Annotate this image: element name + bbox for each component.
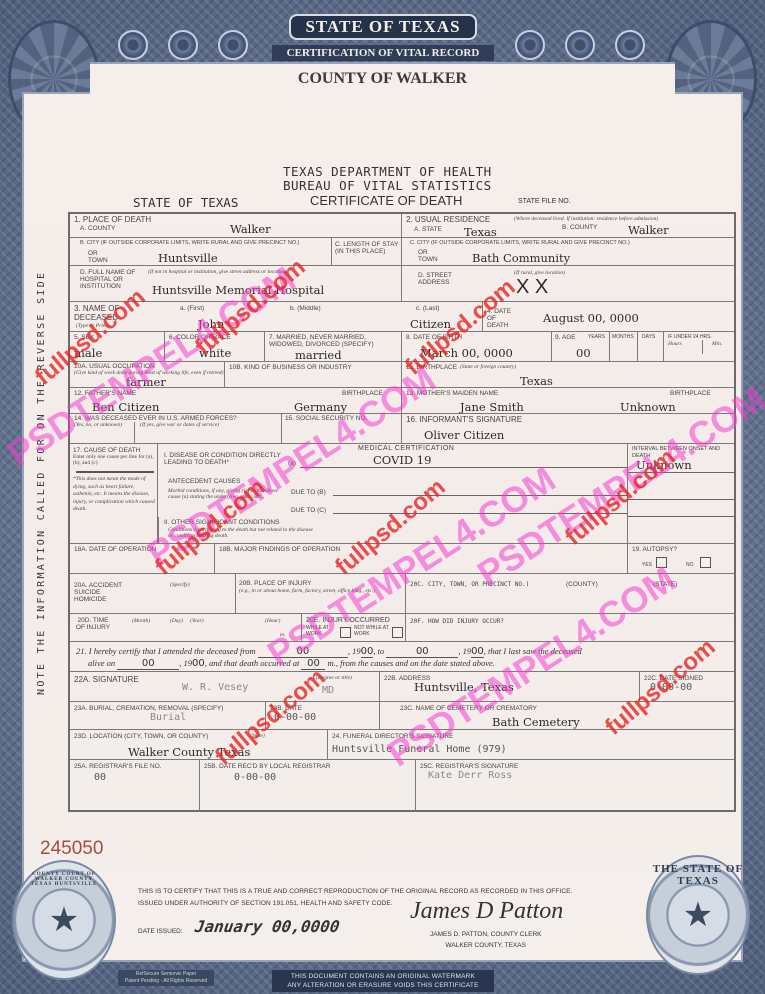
hospital-label: d. FULL NAME OF HOSPITAL OR INSTITUTION bbox=[80, 269, 142, 290]
father-name-label: 12. FATHER'S NAME bbox=[74, 390, 136, 397]
registrar-file-label: 25a. REGISTRAR'S FILE NO. bbox=[74, 763, 162, 770]
occupation-label: 10a. USUAL OCCUPATION bbox=[74, 363, 155, 370]
attestation-text-1: 21. I hereby certify that I attended the… bbox=[76, 646, 256, 656]
cause-divider bbox=[76, 471, 154, 473]
state-of-texas-seal-icon: THE STATE OF TEXAS ★ bbox=[646, 855, 750, 975]
cemetery-label: 23c. NAME OF CEMETERY OR CREMATORY bbox=[400, 705, 537, 712]
cause-instructions-cell: 17. CAUSE OF DEATH Enter only one cause … bbox=[70, 444, 158, 543]
industry-cell: 10b. KIND OF BUSINESS OR INDUSTRY bbox=[225, 362, 402, 387]
funeral-director-cell: 24. FUNERAL DIRECTOR'S SIGNATURE Huntsvi… bbox=[328, 730, 734, 759]
residence-city-cell: c. CITY (If outside corporate limits, wr… bbox=[402, 238, 734, 265]
star-icon: ★ bbox=[14, 900, 114, 940]
injury-county-label: (COUNTY) bbox=[566, 581, 598, 588]
injury-place-label: 20b. PLACE OF INJURY bbox=[239, 580, 312, 587]
part2-label: II. OTHER SIGNIFICANT CONDITIONS bbox=[164, 519, 279, 526]
burial-cell: 23a. BURIAL, CREMATION, REMOVAL (Specify… bbox=[70, 702, 266, 729]
interval-line-a bbox=[628, 472, 734, 473]
injury-place-cell: 20b. PLACE OF INJURY (e.g., in or about … bbox=[236, 574, 406, 613]
operation-findings-label: 18b. MAJOR FINDINGS OF OPERATION bbox=[219, 546, 340, 553]
part2-divider bbox=[158, 517, 159, 543]
attended-from-value[interactable]: 00 bbox=[258, 646, 348, 658]
residence-county-value[interactable]: Walker bbox=[628, 223, 669, 237]
injury-year-label: (Year) bbox=[190, 618, 204, 624]
injury-city-cell: 20c. CITY, TOWN, OR PRECINCT NO.) (COUNT… bbox=[406, 574, 734, 613]
department-name: TEXAS DEPARTMENT OF HEALTH bbox=[283, 165, 492, 179]
last-name-label: c. (Last) bbox=[416, 305, 439, 312]
clerk-name: JAMES D. PATTON, COUNTY CLERK bbox=[430, 929, 541, 940]
cause-of-death-label: 17. CAUSE OF DEATH bbox=[73, 447, 140, 454]
mother-cell: 13. MOTHER'S MAIDEN NAME Jane Smith BIRT… bbox=[402, 388, 734, 413]
father-cell: 12. FATHER'S NAME Ben Citizen BIRTHPLACE… bbox=[70, 388, 402, 413]
location-state-label: (State) bbox=[250, 733, 265, 739]
residence-state-value[interactable]: Texas bbox=[464, 225, 497, 239]
attended-from-year[interactable]: 00 bbox=[361, 646, 374, 658]
location-cell: 23d. LOCATION (City, town, or county) (S… bbox=[70, 730, 328, 759]
row-operation: 18a. DATE OF OPERATION 18b. MAJOR FINDIN… bbox=[70, 544, 734, 574]
county-label: a. COUNTY bbox=[80, 225, 115, 232]
medallion-ornament-icon bbox=[615, 30, 645, 60]
burial-value[interactable]: Burial bbox=[150, 712, 186, 723]
age-label: 9. AGE bbox=[555, 334, 576, 341]
attended-to-value[interactable]: 00 bbox=[386, 646, 458, 658]
row-informant: 14. WAS DECEASED EVER IN U.S. ARMED FORC… bbox=[70, 414, 734, 444]
mother-birthplace-label: BIRTHPLACE bbox=[670, 390, 711, 397]
alive-on-label: alive on bbox=[88, 658, 115, 668]
due-to-c-label: DUE TO (c) bbox=[291, 507, 326, 514]
medallion-ornament-icon bbox=[515, 30, 545, 60]
medallion-ornament-icon bbox=[565, 30, 595, 60]
year-prefix: , 19 bbox=[458, 646, 471, 656]
informant-label: 16. INFORMANT'S SIGNATURE bbox=[406, 415, 522, 424]
street-cell: d. STREET ADDRESS (If rural, give locati… bbox=[402, 266, 734, 301]
birthplace-value[interactable]: Texas bbox=[520, 374, 553, 388]
star-icon: ★ bbox=[648, 895, 748, 935]
date-issued-label: DATE ISSUED: bbox=[138, 928, 183, 935]
degree-value[interactable]: MD bbox=[322, 685, 334, 696]
attestation-line-2: alive on 00, 1900, and that death occurr… bbox=[88, 658, 495, 670]
location-value[interactable]: Walker County Texas bbox=[128, 745, 250, 759]
cause-a-marker: (a) bbox=[288, 460, 296, 467]
hospital-cell: d. FULL NAME OF HOSPITAL OR INSTITUTION … bbox=[70, 266, 402, 301]
signature-cell: 22a. SIGNATURE W. R. Vesey (Degree or ti… bbox=[70, 672, 380, 701]
injury-hour-suffix: m. bbox=[280, 632, 285, 638]
armed-forces-cell: 14. WAS DECEASED EVER IN U.S. ARMED FORC… bbox=[70, 414, 282, 443]
father-birthplace-value[interactable]: Germany bbox=[294, 400, 347, 414]
injury-type-cell: 20a. ACCIDENT SUICIDE HOMICIDE (Specify) bbox=[70, 574, 236, 613]
autopsy-no-checkbox[interactable] bbox=[700, 557, 711, 568]
industry-label: 10b. KIND OF BUSINESS OR INDUSTRY bbox=[229, 364, 352, 371]
row-hospital: d. FULL NAME OF HOSPITAL OR INSTITUTION … bbox=[70, 266, 734, 302]
interval-value[interactable]: Unknown bbox=[636, 458, 692, 472]
row-occupation: 10a. USUAL OCCUPATION (Give kind of work… bbox=[70, 362, 734, 388]
injury-occurred-label: 20e. INJURY OCCURRED bbox=[306, 617, 390, 624]
marital-status-label: 7. MARRIED, NEVER MARRIED, WIDOWED, DIVO… bbox=[269, 334, 399, 348]
clerk-block: JAMES D. PATTON, COUNTY CLERK WALKER COU… bbox=[430, 929, 541, 951]
length-of-stay-label: c. LENGTH OF STAY (in this place) bbox=[335, 241, 401, 255]
paper-brand-line-2: Patent Pending - All Rights Reserved bbox=[118, 978, 214, 985]
death-county-value[interactable]: Walker bbox=[230, 222, 271, 236]
date-of-death-cell: 4. DATE OF DEATH August 00, 0000 bbox=[482, 302, 734, 331]
armed-forces-note-b: (If yes, give war or dates of service) bbox=[140, 422, 219, 428]
watermark-notice-band: THIS DOCUMENT CONTAINS AN ORIGINAL WATER… bbox=[272, 970, 494, 992]
operation-date-cell: 18a. DATE OF OPERATION bbox=[70, 544, 215, 573]
address-cell: 22b. ADDRESS Huntsville, Texas bbox=[380, 672, 640, 701]
injury-month-label: (Month) bbox=[132, 618, 150, 624]
injury-state-label: (STATE) bbox=[653, 581, 677, 588]
left-seal-text: COUNTY COURT OF WALKER COUNTY TEXAS HUNT… bbox=[14, 872, 114, 887]
death-city-cell: b. CITY (If outside corporate limits, wr… bbox=[70, 238, 332, 265]
date-issued-value: January 00,0000 bbox=[194, 917, 341, 936]
mother-birthplace-value[interactable]: Unknown bbox=[620, 400, 676, 414]
row-parents: 12. FATHER'S NAME Ben Citizen BIRTHPLACE… bbox=[70, 388, 734, 414]
deceased-name-label: 3. NAME OF DECEASED bbox=[74, 304, 134, 322]
injury-time-label: 20d. TIME OF INJURY bbox=[74, 617, 112, 631]
place-of-death-county-cell: 1. PLACE OF DEATH a. COUNTY Walker bbox=[70, 214, 402, 237]
cause-a-value[interactable]: COVID 19 bbox=[373, 453, 431, 467]
residence-city-label: c. CITY (If outside corporate limits, wr… bbox=[410, 240, 630, 246]
clerk-county: WALKER COUNTY, TEXAS bbox=[430, 940, 541, 951]
cemetery-cell: 23c. NAME OF CEMETERY OR CREMATORY Bath … bbox=[380, 702, 734, 729]
cause-c-line[interactable] bbox=[333, 513, 628, 514]
right-seal-text: THE STATE OF TEXAS bbox=[648, 863, 748, 887]
death-time-value[interactable]: 00 bbox=[301, 658, 325, 670]
alive-on-year[interactable]: 00 bbox=[192, 658, 205, 669]
date-of-birth-label: 8. DATE OF BIRTH bbox=[406, 334, 462, 341]
hospital-note: (If not in hospital or institution, give… bbox=[148, 269, 287, 275]
date-of-birth-cell: 8. DATE OF BIRTH March 00, 0000 bbox=[402, 332, 552, 361]
reverse-side-note: NOTE THE INFORMATION CALLED FOR ON THE R… bbox=[36, 271, 47, 695]
banner-subtitle: CERTIFICATION OF VITAL RECORD bbox=[272, 45, 494, 61]
registrar-file-value[interactable]: 00 bbox=[94, 772, 106, 783]
date-signed-value[interactable]: 0-00-00 bbox=[650, 682, 692, 693]
antecedent-label: ANTECEDENT CAUSES bbox=[168, 478, 240, 485]
serial-number: 245050 bbox=[40, 838, 103, 860]
last-name-cell: c. (Last) Citizen bbox=[402, 302, 482, 331]
sex-label: 5. SEX bbox=[74, 334, 94, 341]
interval-line-c bbox=[628, 516, 734, 517]
medical-certification-label: MEDICAL CERTIFICATION bbox=[358, 445, 454, 452]
armed-forces-divider bbox=[134, 422, 135, 443]
county-court-seal-icon: COUNTY COURT OF WALKER COUNTY TEXAS HUNT… bbox=[12, 860, 116, 980]
row-city: b. CITY (If outside corporate limits, wr… bbox=[70, 238, 734, 266]
cause-footnote: *This does not mean the mode of dying, s… bbox=[73, 476, 155, 514]
registrar-file-cell: 25a. REGISTRAR'S FILE NO. 00 bbox=[70, 760, 200, 812]
birthplace-cell: 11. BIRTHPLACE (State or foreign country… bbox=[402, 362, 734, 387]
attestation-line-1: 21. I hereby certify that I attended the… bbox=[76, 646, 582, 658]
injury-occurred-cell: 20e. INJURY OCCURRED WHILE AT WORK NOT W… bbox=[302, 614, 406, 641]
antecedent-note: Morbid conditions, if any, giving rise t… bbox=[168, 488, 288, 500]
street-label: d. STREET ADDRESS bbox=[418, 272, 458, 286]
cemetery-value[interactable]: Bath Cemetery bbox=[492, 715, 580, 729]
registrar-date-cell: 25b. DATE REC'D BY LOCAL REGISTRAR 0-00-… bbox=[200, 760, 416, 812]
injury-time-cell: 20d. TIME OF INJURY (Month) (Day) (Year)… bbox=[70, 614, 302, 641]
medallion-ornament-icon bbox=[218, 30, 248, 60]
length-of-stay-cell: c. LENGTH OF STAY (in this place) bbox=[332, 238, 402, 265]
registrar-date-label: 25b. DATE REC'D BY LOCAL REGISTRAR bbox=[204, 763, 330, 770]
not-while-at-work-checkbox[interactable] bbox=[392, 627, 403, 638]
attestation-text-4: m., from the causes and on the date stat… bbox=[328, 658, 495, 668]
birthplace-label: 11. BIRTHPLACE bbox=[406, 364, 457, 371]
age-min-label: Min. bbox=[712, 341, 722, 347]
bureau-name: BUREAU OF VITAL STATISTICS bbox=[283, 179, 492, 193]
injury-specify-note: (Specify) bbox=[170, 582, 190, 588]
age-days-label: DAYS bbox=[642, 334, 655, 341]
mother-name-label: 13. MOTHER'S MAIDEN NAME bbox=[406, 390, 498, 397]
date-signed-label: 22c. DATE SIGNED bbox=[644, 675, 703, 682]
occupation-cell: 10a. USUAL OCCUPATION (Give kind of work… bbox=[70, 362, 225, 387]
autopsy-label: 19. AUTOPSY? bbox=[632, 546, 677, 553]
father-birthplace-label: BIRTHPLACE bbox=[342, 390, 383, 397]
paper-brand-label: RefSecure Sentorvic Paper Patent Pending… bbox=[118, 970, 214, 986]
burial-date-value[interactable]: 0-00-00 bbox=[274, 712, 316, 723]
injury-type-label: 20a. ACCIDENT SUICIDE HOMICIDE bbox=[74, 582, 124, 603]
first-name-value[interactable]: John bbox=[198, 317, 224, 331]
autopsy-yes-label: YES bbox=[642, 562, 652, 569]
cause-b-line[interactable] bbox=[333, 495, 628, 496]
alive-on-value[interactable]: 00 bbox=[117, 658, 179, 670]
injury-place-note: (e.g., in or about home, farm, factory, … bbox=[239, 588, 399, 594]
burial-date-label: 23b. DATE bbox=[270, 705, 302, 712]
race-label: 6. COLOR OR RACE bbox=[169, 334, 231, 341]
residence-state-label: a. STATE bbox=[414, 226, 442, 233]
date-signed-cell: 22c. DATE SIGNED 0-00-00 bbox=[640, 672, 734, 701]
year-prefix: , 19 bbox=[179, 658, 192, 668]
signature-label: 22a. SIGNATURE bbox=[74, 675, 139, 684]
city-or-town-label: OR TOWN bbox=[88, 250, 118, 264]
paper-brand-line-1: RefSecure Sentorvic Paper bbox=[118, 971, 214, 978]
operation-date-label: 18a. DATE OF OPERATION bbox=[74, 546, 156, 553]
while-at-work-checkbox[interactable] bbox=[340, 627, 351, 638]
injury-how-label: 20f. HOW DID INJURY OCCUR? bbox=[410, 618, 504, 625]
type-or-print-note: (Type or Print) bbox=[76, 323, 109, 329]
hours-min-divider bbox=[702, 340, 703, 354]
cause-lines-cell: MEDICAL CERTIFICATION I. DISEASE OR COND… bbox=[158, 444, 628, 543]
medallion-ornament-icon bbox=[118, 30, 148, 60]
first-name-label: a. (First) bbox=[180, 305, 204, 312]
death-city-label: b. CITY (If outside corporate limits, wr… bbox=[80, 240, 300, 246]
race-cell: 6. COLOR OR RACE white bbox=[165, 332, 265, 361]
birthplace-note: (State or foreign country) bbox=[460, 364, 516, 370]
cause-a-line bbox=[300, 467, 628, 468]
attestation-text-2: , that I last saw the deceased bbox=[484, 646, 582, 656]
degree-label: (Degree or title) bbox=[316, 675, 352, 681]
middle-name-label: b. (Middle) bbox=[290, 305, 321, 312]
interval-cell: INTERVAL BETWEEN ONSET AND DEATH Unknown bbox=[628, 444, 734, 543]
ssn-cell: 15. SOCIAL SECURITY NO. bbox=[282, 414, 402, 443]
death-city-value[interactable]: Huntsville bbox=[158, 251, 218, 265]
row-injury-place: 20a. ACCIDENT SUICIDE HOMICIDE (Specify)… bbox=[70, 574, 734, 614]
band-line-2: ANY ALTERATION OR ERASURE VOIDS THIS CER… bbox=[272, 981, 494, 990]
injury-hour-label: (Hour) bbox=[265, 618, 280, 624]
due-to-b-label: DUE TO (b) bbox=[291, 489, 326, 496]
attended-to-year[interactable]: 00 bbox=[471, 646, 484, 658]
row-disposition: 23a. BURIAL, CREMATION, REMOVAL (Specify… bbox=[70, 702, 734, 730]
age-years-cell: 9. AGE YEARS 00 bbox=[552, 332, 610, 361]
age-under-24-cell: IF UNDER 24 HRS. Hours Min. bbox=[664, 332, 734, 361]
injury-city-label: 20c. CITY, TOWN, OR PRECINCT NO.) bbox=[410, 581, 529, 588]
usual-residence-note: (Where deceased lived. If institution: r… bbox=[514, 216, 658, 222]
age-months-label: MONTHS bbox=[612, 334, 634, 341]
certify-line-1: THIS IS TO CERTIFY THAT THIS IS A TRUE A… bbox=[138, 886, 572, 898]
row-county: 1. PLACE OF DEATH a. COUNTY Walker 2. US… bbox=[70, 214, 734, 238]
burial-label: 23a. BURIAL, CREMATION, REMOVAL (Specify… bbox=[74, 705, 223, 712]
not-while-at-work-label: NOT WHILE AT WORK bbox=[354, 625, 392, 637]
informant-value[interactable]: Oliver Citizen bbox=[424, 428, 504, 442]
age-days-cell: DAYS bbox=[638, 332, 664, 361]
funeral-director-value[interactable]: Huntsville Funeral Home (979) bbox=[332, 744, 507, 755]
informant-cell: 16. INFORMANT'S SIGNATURE Oliver Citizen bbox=[402, 414, 734, 443]
attestation-text-3: , and that death occurred at bbox=[205, 658, 300, 668]
marital-status-cell: 7. MARRIED, NEVER MARRIED, WIDOWED, DIVO… bbox=[265, 332, 402, 361]
race-value[interactable]: white bbox=[199, 346, 231, 360]
state-label: STATE OF TEXAS bbox=[133, 195, 238, 210]
father-name-value[interactable]: Ben Citizen bbox=[92, 400, 159, 414]
age-months-cell: MONTHS bbox=[610, 332, 638, 361]
date-of-birth-value[interactable]: March 00, 0000 bbox=[420, 346, 513, 360]
state-file-no-label: STATE FILE NO. bbox=[518, 198, 571, 205]
address-value[interactable]: Huntsville, Texas bbox=[414, 680, 514, 694]
residence-city-or-town-label: OR TOWN bbox=[418, 249, 448, 263]
header-banner: STATE OF TEXAS CERTIFICATION OF VITAL RE… bbox=[272, 14, 494, 58]
year-prefix: , 19 bbox=[348, 646, 361, 656]
certificate-type: CERTIFICATE OF DEATH bbox=[310, 193, 462, 208]
row-attestation: 21. I hereby certify that I attended the… bbox=[70, 642, 734, 672]
deceased-name-cell: 3. NAME OF DECEASED (Type or Print) a. (… bbox=[70, 302, 402, 331]
date-of-death-value[interactable]: August 00, 0000 bbox=[543, 311, 639, 325]
interval-line-b bbox=[628, 499, 734, 500]
hospital-value[interactable]: Huntsville Memorial Hospital bbox=[152, 283, 324, 297]
autopsy-yes-checkbox[interactable] bbox=[656, 557, 667, 568]
sex-cell: 5. SEX male bbox=[70, 332, 165, 361]
county-title: COUNTY OF WALKER bbox=[0, 70, 765, 88]
row-registrar: 25a. REGISTRAR'S FILE NO. 00 25b. DATE R… bbox=[70, 760, 734, 812]
part2-note: Conditions contributing to the death but… bbox=[168, 527, 318, 539]
injury-how-cell: 20f. HOW DID INJURY OCCUR? bbox=[406, 614, 734, 641]
registrar-signature-value[interactable]: Kate Derr Ross bbox=[428, 770, 512, 781]
band-line-1: THIS DOCUMENT CONTAINS AN ORIGINAL WATER… bbox=[272, 972, 494, 981]
residence-city-value[interactable]: Bath Community bbox=[472, 251, 570, 265]
row-injury-time: 20d. TIME OF INJURY (Month) (Day) (Year)… bbox=[70, 614, 734, 642]
age-years-label: YEARS bbox=[588, 334, 605, 341]
department-heading: TEXAS DEPARTMENT OF HEALTH BUREAU OF VIT… bbox=[283, 165, 492, 193]
armed-forces-label: 14. WAS DECEASED EVER IN U.S. ARMED FORC… bbox=[74, 415, 237, 422]
cause-note: Enter only one cause per line for (a), (… bbox=[73, 454, 155, 466]
burial-date-cell: 23b. DATE 0-00-00 bbox=[266, 702, 380, 729]
injury-day-label: (Day) bbox=[170, 618, 183, 624]
death-certificate-form: 1. PLACE OF DEATH a. COUNTY Walker 2. US… bbox=[68, 212, 736, 812]
usual-residence-label: 2. USUAL RESIDENCE bbox=[406, 215, 490, 224]
residence-county-label: b. COUNTY bbox=[562, 224, 597, 231]
armed-forces-note-a: (Yes, no, or unknown) bbox=[74, 422, 122, 428]
date-of-death-label: 4. DATE OF DEATH bbox=[487, 308, 517, 329]
registrar-signature-label: 25c. REGISTRAR'S SIGNATURE bbox=[420, 763, 518, 770]
registrar-date-value[interactable]: 0-00-00 bbox=[234, 772, 276, 783]
last-name-value[interactable]: Citizen bbox=[410, 317, 451, 331]
row-cause-of-death: 17. CAUSE OF DEATH Enter only one cause … bbox=[70, 444, 734, 544]
autopsy-cell: 19. AUTOPSY? YES NO bbox=[628, 544, 734, 573]
age-hours-label: Hours bbox=[668, 341, 682, 347]
mother-name-value[interactable]: Jane Smith bbox=[460, 400, 524, 414]
occupation-value[interactable]: farmer bbox=[126, 375, 166, 389]
usual-residence-cell: 2. USUAL RESIDENCE (Where deceased lived… bbox=[402, 214, 734, 237]
autopsy-no-label: NO bbox=[686, 562, 694, 569]
funeral-director-label: 24. FUNERAL DIRECTOR'S SIGNATURE bbox=[332, 733, 453, 740]
registrar-signature-cell: 25c. REGISTRAR'S SIGNATURE Kate Derr Ros… bbox=[416, 760, 734, 812]
age-years-value[interactable]: 00 bbox=[576, 346, 591, 360]
clerk-signature: James D Patton bbox=[410, 898, 563, 925]
physician-signature[interactable]: W. R. Vesey bbox=[182, 682, 248, 693]
operation-findings-cell: 18b. MAJOR FINDINGS OF OPERATION bbox=[215, 544, 628, 573]
to-label: , to bbox=[373, 646, 384, 656]
location-label: 23d. LOCATION (City, town, or county) bbox=[74, 733, 208, 740]
banner-title: STATE OF TEXAS bbox=[289, 14, 476, 40]
ssn-label: 15. SOCIAL SECURITY NO. bbox=[285, 415, 367, 422]
street-value[interactable]: X X bbox=[516, 276, 548, 299]
row-demographics: 5. SEX male 6. COLOR OR RACE white 7. MA… bbox=[70, 332, 734, 362]
part1-label: I. DISEASE OR CONDITION DIRECTLY LEADING… bbox=[164, 452, 304, 466]
row-location: 23d. LOCATION (City, town, or county) (S… bbox=[70, 730, 734, 760]
while-at-work-label: WHILE AT WORK bbox=[306, 625, 338, 637]
row-certifier: 22a. SIGNATURE W. R. Vesey (Degree or ti… bbox=[70, 672, 734, 702]
medallion-ornament-icon bbox=[168, 30, 198, 60]
age-under-24-label: IF UNDER 24 HRS. bbox=[668, 334, 712, 341]
sex-value[interactable]: male bbox=[74, 346, 102, 360]
marital-status-value[interactable]: married bbox=[295, 348, 342, 362]
row-name: 3. NAME OF DECEASED (Type or Print) a. (… bbox=[70, 302, 734, 332]
place-of-death-label: 1. PLACE OF DEATH bbox=[74, 215, 151, 224]
